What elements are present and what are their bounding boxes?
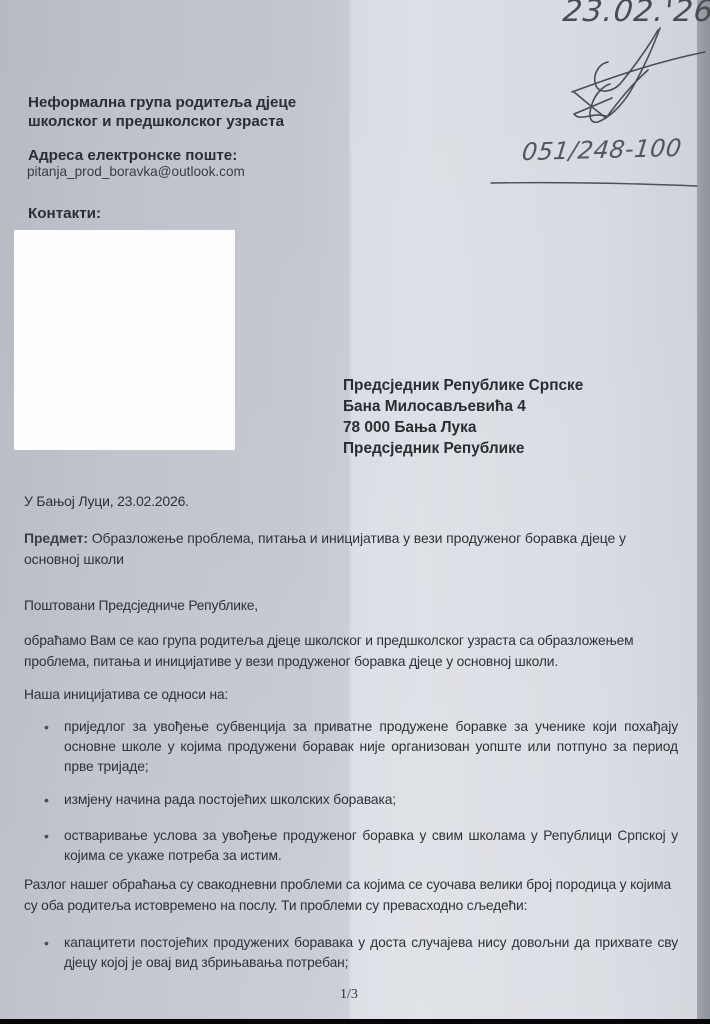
sender-email: pitanja_prod_boravka@outlook.com bbox=[27, 163, 245, 180]
recipient-line: 78 000 Бања Лука bbox=[343, 417, 583, 438]
place-date: У Бањој Луци, 23.02.2026. bbox=[24, 493, 189, 509]
reason-paragraph: Разлог нашег обраћања су свакодневни про… bbox=[24, 874, 679, 916]
recipient-line: Предсједник Републике Српске bbox=[343, 375, 583, 396]
initiative-list-item: • измјену начина рада постојећих школски… bbox=[44, 790, 678, 810]
recipient-line: Предсједник Републике bbox=[343, 438, 583, 459]
recipient-address: Предсједник Републике Српске Бана Милоса… bbox=[343, 375, 583, 459]
greeting: Поштовани Предсједниче Републике, bbox=[24, 598, 258, 613]
intro-paragraph: обраћамо Вам се као група родитеља дјеце… bbox=[24, 630, 679, 672]
problem-list-item: • капацитети постојећих продужених борав… bbox=[44, 933, 678, 973]
sender-name-line: Неформална група родитеља дјеце bbox=[28, 93, 296, 112]
contacts-redaction-box bbox=[14, 230, 235, 450]
subject-label: Предмет: bbox=[24, 530, 88, 546]
sender-name-line: школског и предшколског узраста bbox=[28, 112, 296, 131]
list-item-text: измјену начина рада постојећих школских … bbox=[64, 790, 678, 810]
recipient-line: Бана Милосављевића 4 bbox=[343, 396, 583, 417]
background-strip bbox=[0, 1019, 710, 1024]
page-number: 1/3 bbox=[340, 987, 358, 1003]
initiative-list-item: • остваривање услова за увођење продужен… bbox=[44, 826, 678, 866]
list-item-text: капацитети постојећих продужених боравак… bbox=[64, 933, 678, 973]
handwritten-underline bbox=[489, 180, 699, 188]
bullet-icon: • bbox=[44, 790, 64, 810]
subject-line: Предмет: Образложење проблема, питања и … bbox=[24, 528, 679, 570]
sender-name: Неформална група родитеља дјеце школског… bbox=[28, 93, 296, 131]
bullet-icon: • bbox=[44, 826, 64, 846]
signature-icon bbox=[480, 0, 710, 200]
subject-text: Образложење проблема, питања и иницијати… bbox=[24, 530, 626, 567]
list-item-text: приједлог за увођење субвенција за прива… bbox=[64, 717, 678, 777]
initiative-list-item: • приједлог за увођење субвенција за при… bbox=[44, 717, 678, 777]
bullet-icon: • bbox=[44, 933, 64, 953]
initiative-intro: Наша иницијатива се односи на: bbox=[24, 684, 679, 705]
contacts-label: Контакти: bbox=[28, 205, 101, 222]
bullet-icon: • bbox=[44, 717, 64, 737]
list-item-text: остваривање услова за увођење продуженог… bbox=[64, 826, 678, 866]
handwritten-phone: 051/248-100 bbox=[520, 134, 683, 166]
